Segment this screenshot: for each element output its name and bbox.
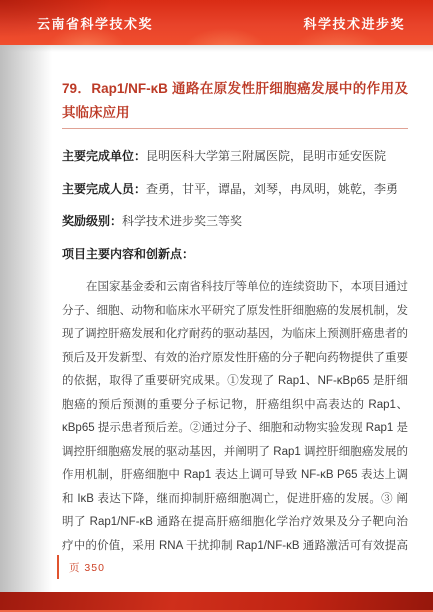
body-line: 胞癌的预后预测的重要分子标记物，肝癌组织中高表达的 Rap1、NF- — [62, 394, 408, 418]
body-line: 和 IκB 表达下降，继而抑制肝癌细胞凋亡，促进肝癌的发展。③ 阐 — [62, 488, 408, 512]
meta-label-award-level: 奖励级别： — [62, 214, 122, 228]
project-description: 在国家基金委和云南省科技厅等单位的连续资助下，本项目通过 分子、细胞、动物和临床… — [62, 276, 408, 558]
header-shadow — [0, 45, 433, 52]
header-left-label: 云南省科学技术奖 — [37, 13, 153, 32]
meta-row-completing-units: 主要完成单位：昆明医科大学第三附属医院，昆明市延安医院 — [62, 148, 408, 164]
body-line: 分子、细胞、动物和临床水平研究了原发性肝细胞癌的发展机制，发 — [62, 300, 408, 324]
body-line: 明了 Rap1/NF-κB 通路在提高肝癌细胞化学治疗效果及分子靶向治 — [62, 511, 408, 535]
body-line: 预后及开发新型、有效的治疗原发性肝癌的分子靶向药物提供了重要 — [62, 347, 408, 371]
meta-label-people: 主要完成人员： — [62, 182, 146, 196]
footer-accent-bar — [57, 555, 59, 579]
body-line: 在国家基金委和云南省科技厅等单位的连续资助下，本项目通过 — [62, 276, 408, 300]
meta-row-completing-people: 主要完成人员：查勇，甘平，谭晶，刘琴，冉凤明，姚乾，李勇 — [62, 181, 408, 197]
section-heading-main-content: 项目主要内容和创新点： — [62, 245, 408, 262]
body-line: 的依据，取得了重要研究成果。①发现了 Rap1、NF-κBp65 是肝细 — [62, 370, 408, 394]
meta-row-award-level: 奖励级别：科学技术进步奖三等奖 — [62, 213, 408, 229]
page-left-edge-shadow — [0, 45, 52, 592]
header-right-label: 科学技术进步奖 — [303, 13, 405, 32]
body-line: 疗中的价值，采用 RNA 干扰抑制 Rap1/NF-κB 通路激活可有效提高 — [62, 535, 408, 559]
body-line: 调控肝细胞癌发展的驱动基因，并阐明了 Rap1 调控肝细胞癌发展的 — [62, 441, 408, 465]
entry-title: 79．Rap1/NF-κB 通路在原发性肝细胞癌发展中的作用及其临床应用 — [62, 77, 408, 125]
body-line: 作用机制，肝癌细胞中 Rap1 表达上调可导致 NF-κB P65 表达上调 — [62, 464, 408, 488]
meta-value-units: 昆明医科大学第三附属医院，昆明市延安医院 — [146, 149, 386, 163]
header-banner: 云南省科学技术奖 科学技术进步奖 — [0, 0, 433, 45]
page-number: 页 350 — [69, 560, 105, 575]
award-document-page: 云南省科学技术奖 科学技术进步奖 79．Rap1/NF-κB 通路在原发性肝细胞… — [0, 0, 433, 612]
meta-value-people: 查勇，甘平，谭晶，刘琴，冉凤明，姚乾，李勇 — [146, 182, 398, 196]
body-line: κBp65 提示患者预后差。②通过分子、细胞和动物实验发现 Rap1 是 — [62, 417, 408, 441]
body-line: 现了调控肝癌发展和化疗耐药的驱动基因，为临床上预测肝癌患者的 — [62, 323, 408, 347]
bottom-banner — [0, 592, 433, 612]
meta-value-award-level: 科学技术进步奖三等奖 — [122, 214, 242, 228]
title-divider — [62, 128, 408, 129]
page-footer: 页 350 — [57, 555, 105, 579]
meta-label-units: 主要完成单位： — [62, 149, 146, 163]
